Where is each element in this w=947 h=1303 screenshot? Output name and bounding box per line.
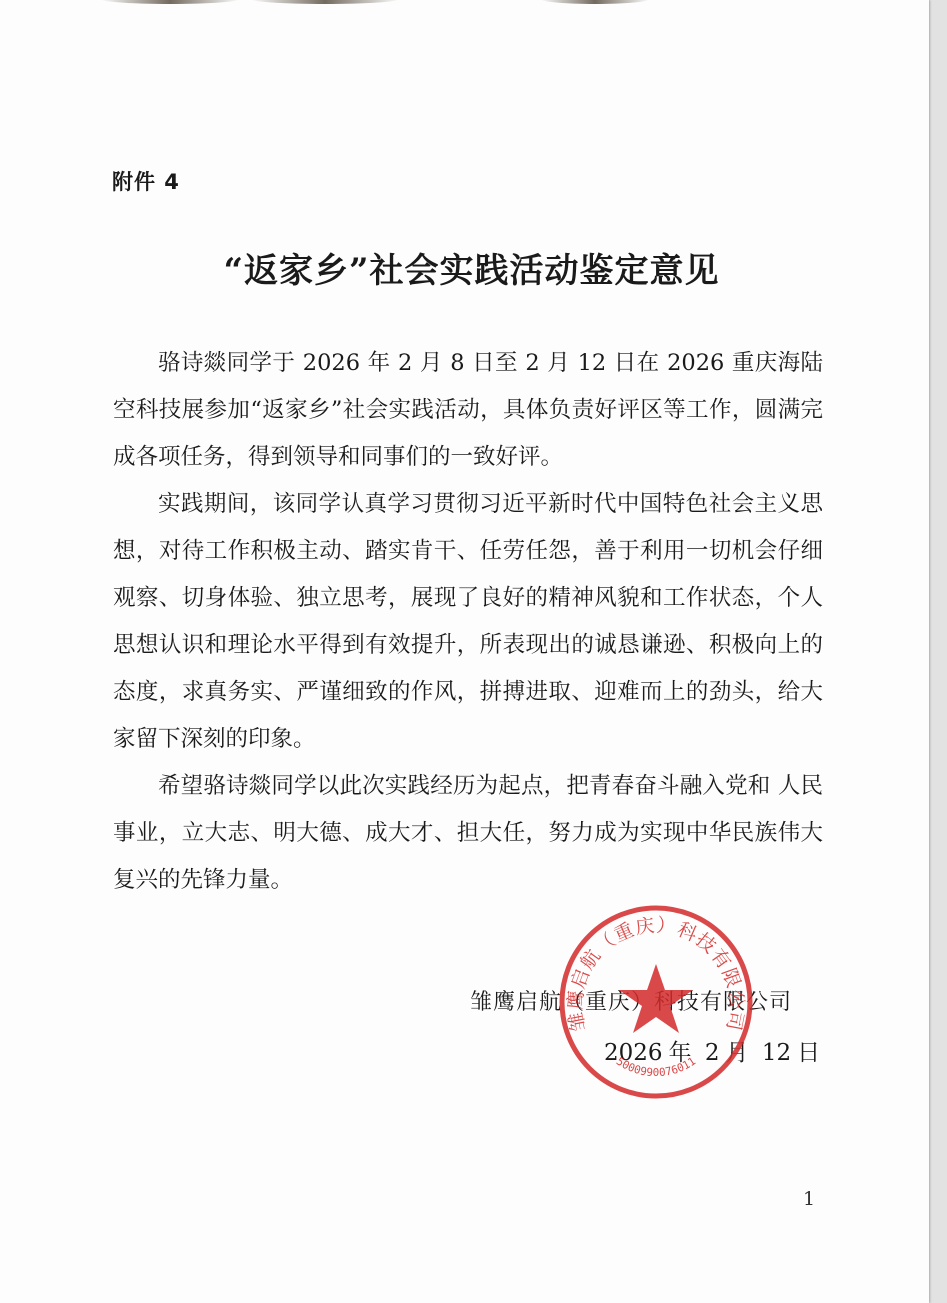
paragraph-3: 希望骆诗燚同学以此次实践经历为起点，把青春奋斗融入党和 人民事业，立大志、明大德… <box>113 763 823 904</box>
date-month-unit: 月 <box>726 1040 749 1066</box>
date-month: 2 <box>705 1040 720 1066</box>
date-year-unit: 年 <box>669 1040 692 1066</box>
date-year: 2026 <box>604 1040 663 1066</box>
document-title: “返家乡”社会实践活动鉴定意见 <box>0 243 929 292</box>
document-body: 骆诗燚同学于 2026 年 2 月 8 日至 2 月 12 日在 2026 重庆… <box>113 340 823 904</box>
paragraph-1: 骆诗燚同学于 2026 年 2 月 8 日至 2 月 12 日在 2026 重庆… <box>113 340 823 481</box>
paragraph-2: 实践期间，该同学认真学习贯彻习近平新时代中国特色社会主义思想，对待工作积极主动、… <box>113 481 823 763</box>
page-number: 1 <box>803 1188 815 1210</box>
date-day: 12 <box>762 1040 791 1066</box>
signature-company: 雏鹰启航（重庆）科技有限公司 <box>470 985 792 1016</box>
scan-artifact <box>540 0 650 4</box>
attachment-label: 附件 4 <box>112 166 180 196</box>
document-page: 附件 4 “返家乡”社会实践活动鉴定意见 骆诗燚同学于 2026 年 2 月 8… <box>0 0 929 1303</box>
scan-artifact <box>250 0 400 4</box>
scan-artifact <box>100 0 240 4</box>
signature-date: 2026年 2月 12日 <box>604 1034 826 1067</box>
date-day-unit: 日 <box>797 1040 820 1066</box>
